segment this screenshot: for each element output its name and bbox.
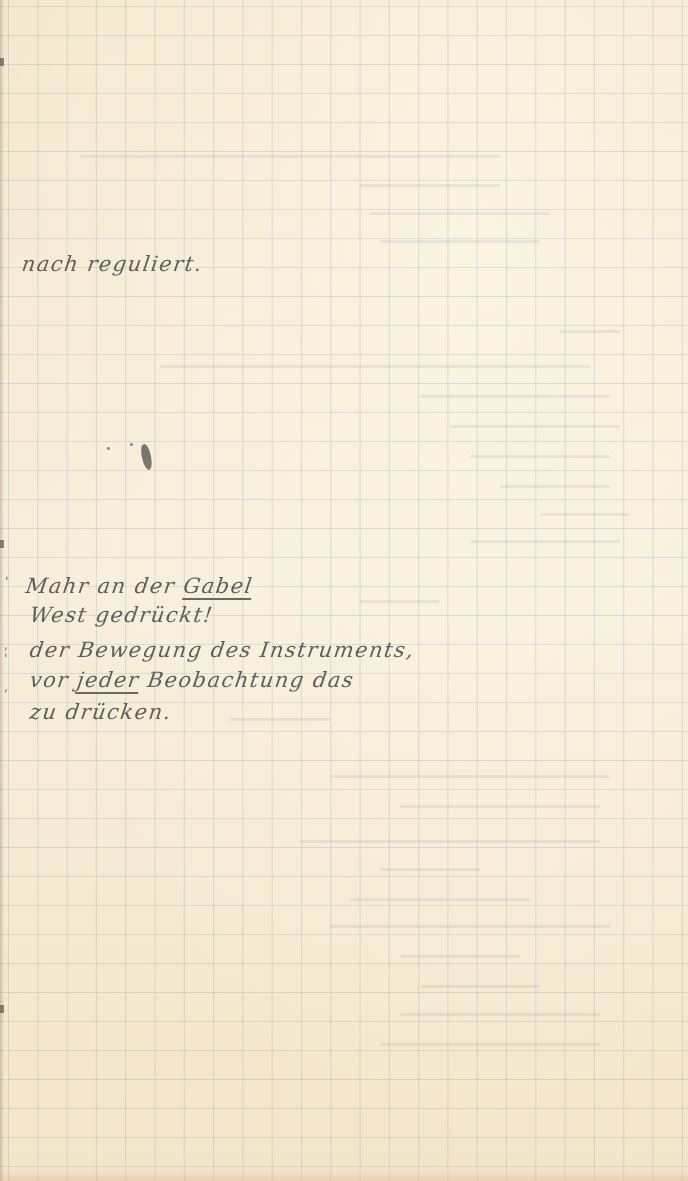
bleed-through-line — [560, 330, 620, 333]
bleed-through-line — [400, 805, 600, 808]
bleed-through-line — [420, 985, 540, 988]
page-binding-edge — [0, 0, 4, 1181]
ink-dot — [107, 447, 110, 450]
note-line-3: der Bewegung des Instruments, — [28, 638, 416, 662]
margin-tick: ' — [4, 652, 8, 667]
bleed-through-line — [360, 184, 500, 187]
note-line-4: vor jeder Beobachtung das — [28, 668, 356, 692]
bleed-through-line — [360, 600, 440, 603]
bleed-through-line — [370, 212, 550, 215]
bleed-through-line — [330, 775, 610, 778]
binding-mark — [0, 540, 4, 548]
margin-tick: ' — [5, 575, 9, 590]
bleed-through-line — [160, 365, 590, 368]
note-line-4-pre: vor — [28, 668, 79, 692]
ink-blot — [139, 443, 153, 470]
margin-tick: , — [4, 638, 8, 653]
bleed-through-line — [470, 455, 610, 458]
page-bottom-edge — [0, 1169, 688, 1181]
binding-mark — [0, 58, 4, 66]
note-line-4-post: Beobachtung das — [138, 668, 356, 692]
note-line-2: West gedrückt! — [28, 603, 215, 627]
bleed-through-line — [400, 1013, 600, 1016]
bleed-through-line — [230, 718, 330, 721]
bleed-through-line — [380, 240, 540, 243]
note-line-nach-reguliert: nach reguliert. — [20, 252, 204, 276]
bleed-through-line — [380, 868, 480, 871]
note-line-5: zu drücken. — [28, 700, 173, 724]
note-line-1: Mahr an der Gabel — [24, 574, 254, 598]
bleed-through-line — [400, 955, 520, 958]
bleed-through-line — [380, 1043, 600, 1046]
bleed-through-line — [80, 155, 500, 158]
bleed-through-line — [300, 840, 600, 843]
binding-mark — [0, 1005, 4, 1013]
note-line-1-text: Mahr an der — [24, 574, 185, 598]
notebook-page: nach reguliert. ' , ' , Mahr an der Gabe… — [0, 0, 688, 1181]
ink-dot — [130, 443, 133, 446]
bleed-through-line — [420, 395, 610, 398]
bleed-through-line — [450, 425, 620, 428]
underlined-word-gabel: Gabel — [182, 574, 255, 600]
margin-tick: , — [4, 680, 8, 695]
bleed-through-line — [470, 540, 620, 543]
bleed-through-line — [350, 898, 530, 901]
bleed-through-line — [330, 925, 610, 928]
bleed-through-line — [500, 485, 610, 488]
bleed-through-line — [540, 513, 630, 516]
underlined-word-jeder: jeder — [75, 668, 141, 694]
